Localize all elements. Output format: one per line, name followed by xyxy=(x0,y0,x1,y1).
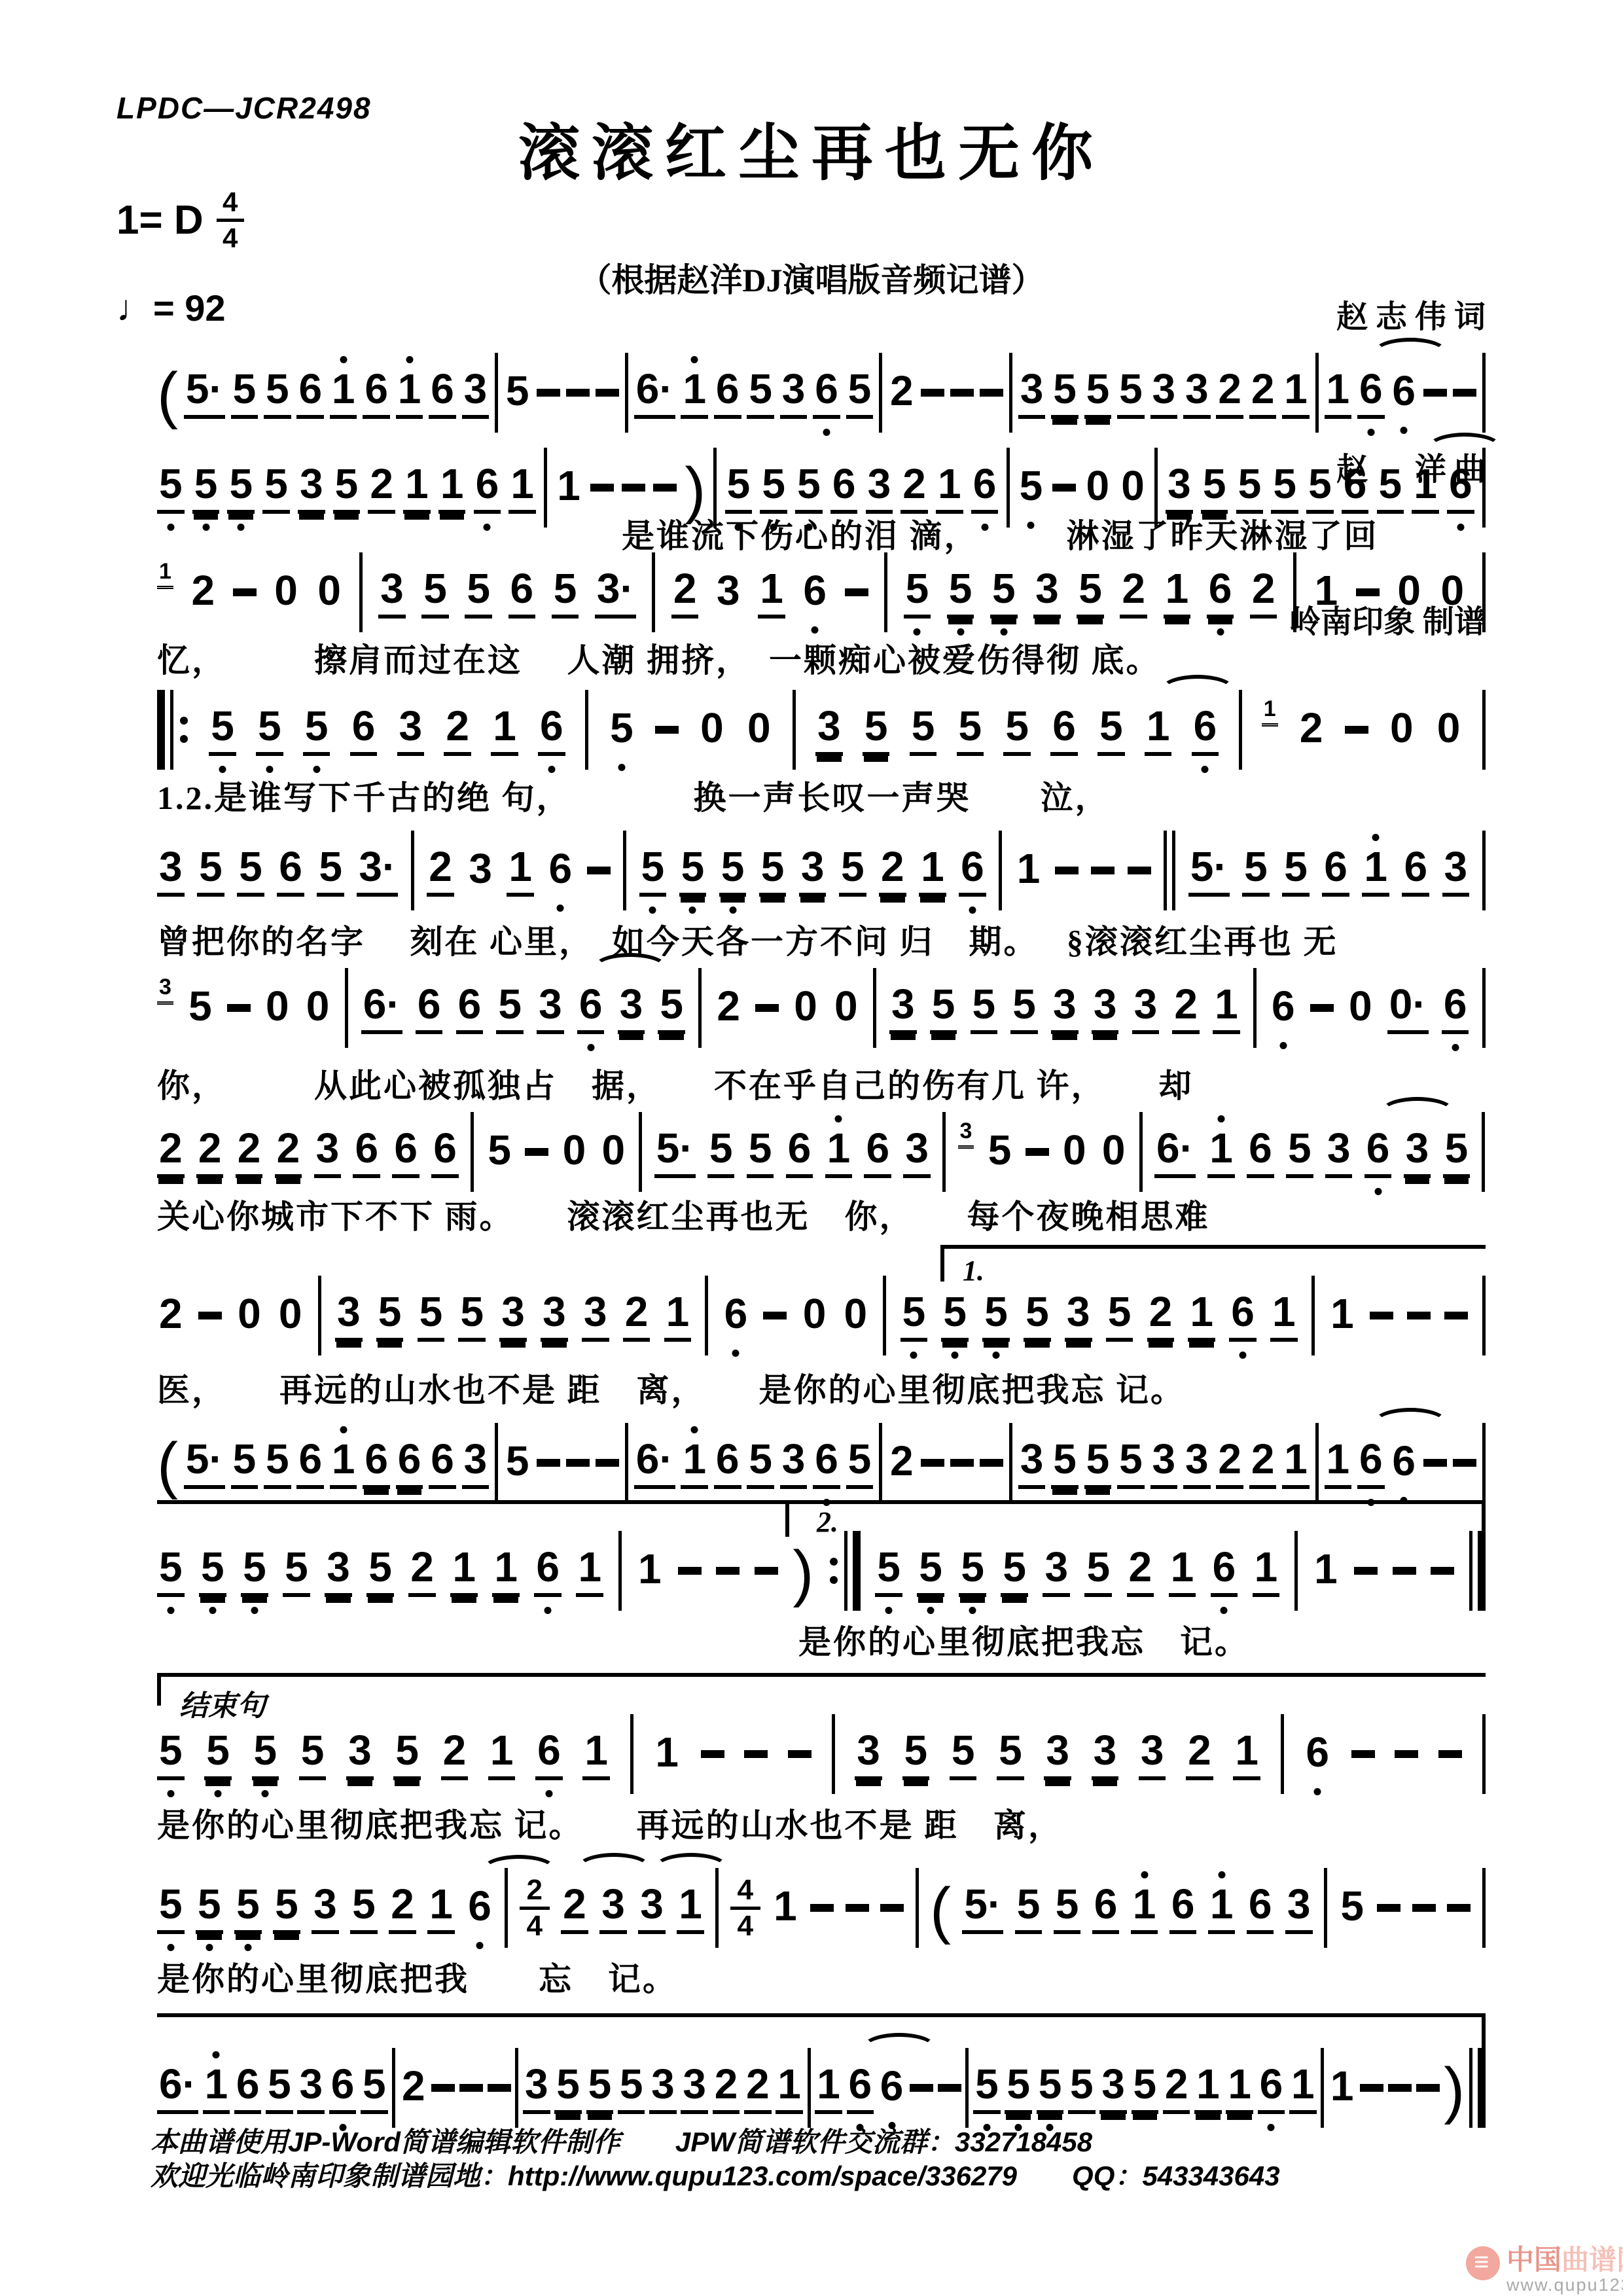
tie-arc xyxy=(1427,433,1503,464)
tempo-marking: ♩= 92 xyxy=(116,287,226,329)
note: 5 xyxy=(759,844,787,897)
duration-dash xyxy=(950,1459,974,1467)
octave-dot-above xyxy=(691,356,698,363)
note: 5 xyxy=(465,566,492,619)
duration-dash xyxy=(655,726,679,734)
d: 1 xyxy=(1145,704,1172,756)
note: 3 xyxy=(325,1545,352,1597)
d: 5 xyxy=(982,1289,1010,1342)
d: 5 xyxy=(237,844,264,897)
d: 1 xyxy=(438,461,466,514)
volta-2-label: 2. xyxy=(817,1505,838,1539)
d: 3 xyxy=(1183,1437,1211,1489)
note: 3 xyxy=(1092,982,1119,1034)
note: 1 xyxy=(330,1437,357,1489)
note: 1 xyxy=(1213,982,1240,1034)
note: 6· xyxy=(634,367,675,419)
note: 5 xyxy=(901,1289,928,1342)
duration-dash xyxy=(1453,1459,1476,1467)
d: 6 xyxy=(474,461,501,514)
grace-note: 3 xyxy=(157,975,173,1005)
duration-dash xyxy=(525,1148,548,1156)
octave-dot-below xyxy=(823,429,830,436)
note: 5 xyxy=(1338,1884,1366,1932)
note: 2 xyxy=(888,368,916,417)
note: 2 xyxy=(888,1439,916,1487)
note: 0 xyxy=(304,984,332,1032)
d: 2 xyxy=(1186,1728,1213,1780)
note: 5 xyxy=(1286,1126,1313,1178)
d: 1 xyxy=(450,1545,478,1597)
d: 6 xyxy=(350,704,378,756)
note: 5 xyxy=(1242,844,1270,897)
d: 5 xyxy=(1037,2062,1064,2114)
d: 5 xyxy=(759,844,787,897)
d: 3 xyxy=(780,1437,808,1489)
d: 2 xyxy=(189,568,217,617)
d: 6 xyxy=(353,1126,380,1178)
d: 3 xyxy=(889,982,917,1034)
d: 5 xyxy=(586,2062,614,2114)
d: 3 xyxy=(541,1289,568,1342)
note: 5 xyxy=(504,1439,531,1487)
duration-dash xyxy=(459,2084,483,2092)
d: 6 xyxy=(1092,1882,1120,1934)
note: 6 xyxy=(1447,461,1474,514)
note: 1 xyxy=(555,463,582,512)
d: 1 xyxy=(815,2062,842,2114)
repeat-dots xyxy=(830,1558,838,1584)
watermark-brand: 中国曲谱网 xyxy=(1507,2246,1623,2275)
barline xyxy=(1311,1276,1315,1355)
note: 5 xyxy=(586,2062,614,2114)
d: 6 xyxy=(1258,2062,1285,2114)
d: 2 xyxy=(368,461,395,514)
note: 2 xyxy=(901,461,928,514)
d: 1 xyxy=(1169,1545,1196,1597)
note: 1 xyxy=(403,461,431,514)
note: 3 xyxy=(378,566,406,619)
note: 2 xyxy=(1163,2062,1190,2114)
duration-dash xyxy=(488,2084,511,2092)
d: 5 xyxy=(930,982,957,1034)
note: 2 xyxy=(427,844,454,897)
note: 5 xyxy=(747,1126,774,1178)
note: 5 xyxy=(986,1128,1014,1176)
d: 3 xyxy=(523,2062,550,2114)
note: 1 xyxy=(1131,1882,1158,1934)
note: 6 xyxy=(1229,1289,1257,1342)
note: 3 xyxy=(1285,1882,1313,1934)
d: 3 xyxy=(903,1126,931,1178)
d: 5 xyxy=(157,1882,185,1934)
octave-dot-above xyxy=(1141,1871,1148,1878)
note: 2 xyxy=(1216,367,1243,419)
d: 2 xyxy=(623,1289,651,1342)
bl xyxy=(1164,831,1167,910)
d: 5 xyxy=(917,1545,944,1597)
barline xyxy=(1009,1423,1012,1503)
duration-dash xyxy=(1354,1567,1378,1575)
note: 1 xyxy=(677,1882,704,1934)
note: 1 xyxy=(1282,367,1310,419)
note: 1 xyxy=(1270,1289,1298,1342)
d: 1 xyxy=(1270,1289,1298,1342)
d: 1 xyxy=(330,367,357,419)
fraction-bar xyxy=(217,219,244,222)
d: 5 xyxy=(157,1728,185,1780)
duration-dash xyxy=(227,1004,251,1012)
octave-dot-below xyxy=(1367,429,1374,436)
note: 3 xyxy=(855,1728,882,1780)
d: 3 xyxy=(537,982,564,1034)
note: 0 xyxy=(272,568,300,617)
note: 2 xyxy=(196,1126,224,1178)
note: 1 xyxy=(636,1547,664,1595)
octave-dot-above xyxy=(340,356,347,363)
note: 5 xyxy=(266,2062,293,2114)
note: 2 xyxy=(408,1545,436,1597)
note: 1 xyxy=(1145,704,1172,756)
d: 5· xyxy=(184,1437,225,1489)
duration-dash xyxy=(1423,1459,1447,1467)
lyric-text: 关心你城市下不下 雨。 滚滚红尘再也无 你， 每个夜晚相思难 xyxy=(157,1191,1210,1238)
note: 5 xyxy=(1001,1545,1028,1597)
barline xyxy=(1482,552,1486,632)
ending-section-bracket: 结束句 xyxy=(157,1673,1486,1706)
duration-dash xyxy=(1447,1904,1471,1912)
note: 6 xyxy=(363,367,390,419)
barline xyxy=(965,2048,969,2128)
d: 1 xyxy=(1226,2062,1253,2114)
note: 5 xyxy=(1271,461,1298,514)
bl xyxy=(1478,2048,1486,2128)
note: 6 xyxy=(864,1126,891,1178)
note: 1 xyxy=(1313,568,1340,617)
d: 6 xyxy=(577,982,605,1034)
time-signature-top: 4 xyxy=(223,188,238,216)
duration-dash xyxy=(1377,1904,1400,1912)
lyric-text: 忆， 擦肩而过在这 人潮 拥挤， 一颗痴心被爱伤得彻 底。 xyxy=(157,634,1161,681)
note: 5 xyxy=(1377,461,1404,514)
note: 5 xyxy=(366,1545,394,1597)
note: 5 xyxy=(902,1728,930,1780)
barline xyxy=(1482,1714,1486,1794)
d: 3 xyxy=(314,1126,342,1178)
d: 5 xyxy=(1377,461,1404,514)
note: 6 xyxy=(1270,984,1297,1032)
d: 5 xyxy=(1443,1126,1471,1178)
d: 6· xyxy=(1154,1126,1196,1178)
d: 6· xyxy=(634,1437,675,1489)
duration-dash xyxy=(431,2084,455,2092)
d: 5 xyxy=(904,566,931,619)
octave-dot-above xyxy=(340,1426,347,1433)
d: 0 xyxy=(842,1291,870,1340)
note: 1 xyxy=(664,1289,692,1342)
d: 5 xyxy=(795,461,823,514)
note: 0 xyxy=(1061,1128,1088,1176)
d: 5 xyxy=(747,1126,774,1178)
d: 5 xyxy=(1282,844,1310,897)
d: 0 xyxy=(1388,706,1416,754)
d: 5 xyxy=(990,566,1018,619)
d: 1 xyxy=(1253,1545,1280,1597)
note: 5 xyxy=(418,1289,445,1342)
note: 1 xyxy=(508,461,536,514)
octave-dot-above xyxy=(213,2051,220,2058)
octave-dot-above xyxy=(1218,1871,1225,1878)
d: 6 xyxy=(1192,704,1219,756)
d: 0 xyxy=(304,984,332,1032)
note: 5 xyxy=(393,1728,421,1780)
d: 1 xyxy=(681,1437,708,1489)
note: 3 xyxy=(297,2062,325,2114)
octave-dot-below xyxy=(952,1352,959,1359)
d: 5 xyxy=(496,982,524,1034)
d: 5 xyxy=(608,706,635,754)
music-line: 555535216242331441(5·556161635 xyxy=(157,1859,1486,1957)
note: 5 xyxy=(725,461,753,514)
d: 3 xyxy=(1150,367,1178,419)
d: 1 xyxy=(1282,1437,1310,1489)
lyric-line: 1.2.是谁写下千古的绝 句， 换一声长叹一声哭 泣， xyxy=(157,769,1486,821)
note: 5 xyxy=(747,367,774,419)
d: 5 xyxy=(1077,566,1104,619)
d: 5 xyxy=(986,1128,1014,1176)
note: 5· xyxy=(962,1882,1003,1934)
d: 0 xyxy=(801,1291,829,1340)
note: 5 xyxy=(990,566,1018,619)
duration-dash xyxy=(921,389,944,397)
d: 5 xyxy=(1236,461,1264,514)
bl xyxy=(157,690,165,770)
note: 5 xyxy=(256,704,283,756)
note: 3 xyxy=(1325,1126,1353,1178)
d: 2 xyxy=(888,1439,916,1487)
duration-dash xyxy=(1091,867,1115,874)
key-label: 1= D xyxy=(116,197,204,243)
d: 6· xyxy=(157,2062,198,2114)
d: 3 xyxy=(397,704,425,756)
note: 1 xyxy=(919,844,946,897)
d: 5 xyxy=(1338,1884,1366,1932)
d: 5 xyxy=(1242,844,1270,897)
d: 6 xyxy=(234,2062,262,2114)
note: 0 xyxy=(561,1128,588,1176)
note: 6 xyxy=(1364,1126,1392,1178)
note: 1 xyxy=(488,1728,516,1780)
note: 5 xyxy=(679,844,707,897)
note: 6 xyxy=(1322,844,1349,897)
note: 5 xyxy=(199,1545,226,1597)
duration-dash xyxy=(596,1459,619,1467)
d: 5 xyxy=(1132,2062,1159,2114)
phrase-paren: ) xyxy=(793,1549,813,1599)
note: 5 xyxy=(273,1882,300,1934)
duration-dash xyxy=(921,1459,944,1467)
note: 6· xyxy=(157,2062,198,2114)
duration-dash xyxy=(1407,1312,1431,1319)
d: 6 xyxy=(830,461,858,514)
d: 3 xyxy=(378,566,406,619)
d: 5 xyxy=(157,1545,185,1597)
d: 5 xyxy=(973,2062,1001,2114)
duration-dash xyxy=(1356,588,1380,596)
note: 3 xyxy=(799,844,827,897)
d: 3 xyxy=(1150,1437,1178,1489)
d: 5 xyxy=(947,566,974,619)
note: 5 xyxy=(904,566,931,619)
duration-dash xyxy=(1423,389,1447,397)
barline xyxy=(411,831,414,910)
note: 0 xyxy=(1347,984,1374,1032)
note: 5 xyxy=(1306,461,1334,514)
note: 3 xyxy=(1018,367,1046,419)
note: 5 xyxy=(350,1882,378,1934)
d: 5 xyxy=(1117,367,1145,419)
duration-dash xyxy=(938,2084,961,2092)
note: 1 xyxy=(1226,2062,1253,2114)
barline xyxy=(1482,1276,1486,1355)
credit-lyricist: 赵 志 伟 词 xyxy=(1289,292,1486,343)
d: 6 xyxy=(296,1437,324,1489)
note: 6 xyxy=(353,1126,380,1178)
note: 1 xyxy=(330,367,357,419)
note: 3 xyxy=(1099,2062,1127,2114)
tie-arc xyxy=(1372,1408,1448,1439)
lyric-line: 忆， 擦肩而过在这 人潮 拥挤， 一颗痴心被爱伤得彻 底。 xyxy=(157,632,1486,684)
d: 3 xyxy=(297,2062,325,2114)
d: 5 xyxy=(902,1728,930,1780)
d: 3 xyxy=(499,1289,527,1342)
duration-dash xyxy=(701,1750,724,1758)
d: 6 xyxy=(1442,982,1469,1034)
d: 3 xyxy=(855,1728,882,1780)
d: 2 xyxy=(879,844,906,897)
bl xyxy=(1172,831,1175,910)
note: 5 xyxy=(658,982,685,1034)
d: 5 xyxy=(959,1545,986,1597)
note: 3 xyxy=(1065,1289,1092,1342)
barline xyxy=(1253,968,1257,1048)
duration-dash xyxy=(1412,1904,1436,1912)
note: 5 xyxy=(997,1728,1024,1780)
d: 6 xyxy=(864,1126,891,1178)
octave-dot-above xyxy=(1372,834,1380,841)
d: 0 xyxy=(698,706,726,754)
d: 6 xyxy=(1342,461,1369,514)
d: 5 xyxy=(504,368,531,417)
d: 6 xyxy=(429,1437,456,1489)
note: 5 xyxy=(252,1728,279,1780)
note: 3 xyxy=(541,1289,568,1342)
note: 0 xyxy=(1100,1128,1128,1176)
bl xyxy=(170,690,173,770)
note: 6· xyxy=(634,1437,675,1489)
d: 1 xyxy=(681,367,708,419)
d: 1 xyxy=(653,1730,681,1778)
duration-dash xyxy=(950,389,974,397)
d: 3 xyxy=(681,2062,708,2114)
duration-dash xyxy=(653,484,677,492)
d: 5 xyxy=(196,1882,223,1934)
d: 5 xyxy=(719,844,747,897)
note: 5 xyxy=(760,461,787,514)
d: 1 xyxy=(203,2062,230,2114)
note: 5 xyxy=(1051,367,1079,419)
note: 1 xyxy=(1329,1291,1356,1340)
d: 3 xyxy=(1099,2062,1127,2114)
duration-dash xyxy=(845,588,868,596)
d: 3 xyxy=(599,1882,627,1934)
d: 5 xyxy=(264,367,291,419)
d: 1 xyxy=(427,1882,455,1934)
barline xyxy=(625,1423,628,1503)
duration-dash xyxy=(590,484,614,492)
tbar xyxy=(520,1907,550,1910)
note: 6 xyxy=(1357,367,1385,419)
lyric-line: 关心你城市下不下 雨。 滚滚红尘再也无 你， 每个夜晚相思难 xyxy=(157,1188,1486,1240)
note: 5 xyxy=(1003,704,1031,756)
barline xyxy=(345,968,348,1048)
note: 2 xyxy=(1249,1437,1277,1489)
note: 3· xyxy=(357,844,398,897)
barline xyxy=(495,1423,498,1503)
note: 3 xyxy=(780,1437,808,1489)
d: 0 xyxy=(745,706,773,754)
d: 0 xyxy=(315,568,343,617)
barline xyxy=(1315,1423,1319,1503)
barline xyxy=(1281,1714,1284,1794)
d: 1 xyxy=(919,844,946,897)
d: 1 xyxy=(1131,1882,1158,1934)
duration-dash xyxy=(622,484,645,492)
d: 0· xyxy=(1387,982,1429,1034)
note: 2 xyxy=(1216,1437,1243,1489)
note: 3 xyxy=(1043,1545,1070,1597)
bl xyxy=(1469,2048,1472,2128)
note: 3 xyxy=(1183,1437,1211,1489)
note: 6 xyxy=(429,1437,456,1489)
d: 1 xyxy=(1164,566,1191,619)
duration-dash xyxy=(1388,2084,1412,2092)
note: 1 xyxy=(576,1545,603,1597)
note: 1 xyxy=(1362,844,1389,897)
note: 2 xyxy=(157,1126,185,1178)
d: 1 xyxy=(1194,2062,1222,2114)
note: 5 xyxy=(486,1128,513,1176)
bl xyxy=(1469,1531,1472,1611)
note: 6 xyxy=(878,2064,906,2112)
note: 5· xyxy=(654,1126,696,1178)
note: 6 xyxy=(508,566,536,619)
duration-dash xyxy=(537,389,560,397)
note: 6 xyxy=(1169,1882,1197,1934)
d: 5 xyxy=(1003,704,1031,756)
note: 3 xyxy=(346,1728,374,1780)
d: 6· xyxy=(634,367,675,419)
note: 3 xyxy=(1442,844,1470,897)
d: 3 xyxy=(1092,1728,1119,1780)
note: 5 xyxy=(1117,367,1145,419)
note: 5 xyxy=(1117,1437,1145,1489)
d: 5 xyxy=(1051,367,1079,419)
note: 0 xyxy=(315,568,343,617)
note: 6 xyxy=(431,1126,459,1178)
d: 1 xyxy=(1282,367,1310,419)
d: 6 xyxy=(1270,984,1297,1032)
